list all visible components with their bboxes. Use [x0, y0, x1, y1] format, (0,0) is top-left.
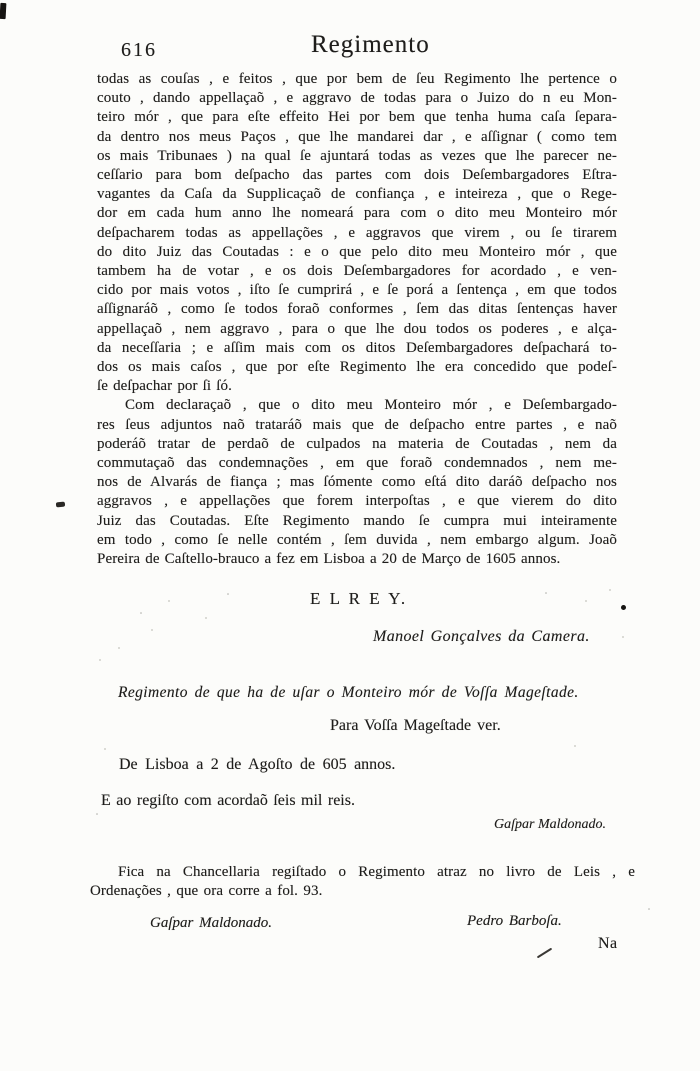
text-line: do dito Juiz das Coutadas : e o que pelo… — [97, 243, 617, 262]
text-line: da dentro nos meus Paços , que lhe manda… — [97, 128, 617, 147]
paper-speckle — [168, 600, 170, 602]
el-rey-heading: E L R E Y. — [310, 589, 408, 609]
ink-slash-mark — [537, 948, 552, 959]
ink-dash-left-margin — [56, 502, 65, 508]
text-line: dos os mais caſos , que por eſte Regimen… — [97, 358, 617, 377]
paper-speckle — [205, 617, 207, 619]
text-line: teiro mór , que para eſte effeito Hei po… — [97, 108, 617, 127]
text-line: nos de Alvarás de fiança ; mas ſómente c… — [97, 473, 617, 492]
page-number: 616 — [121, 39, 157, 62]
ink-dot — [621, 605, 626, 610]
paper-speckle — [545, 592, 547, 594]
running-title: Regimento — [311, 31, 430, 59]
text-line: Pereira de Caſtello-brauco a fez em Lisb… — [97, 550, 617, 569]
chancellaria-note: Fica na Chancellaria regiſtado o Regimen… — [90, 863, 635, 900]
text-line: vagantes da Caſa da Supplicaçaõ de confi… — [97, 185, 617, 204]
text-line: em todo , como ſe nelle contém , ſem duv… — [97, 531, 617, 550]
text-line: ſe deſpachar por ſi ſó. — [97, 377, 617, 396]
text-line: deſpacharem todas as appellações , e agg… — [97, 224, 617, 243]
signature-gaspar-maldonado-1: Gaſpar Maldonado. — [494, 817, 606, 833]
signature-manoel-goncalves-da-camera: Manoel Gonçalves da Camera. — [373, 628, 590, 646]
paper-speckle — [574, 745, 576, 747]
text-line: todas as couſas , e feitos , que por bem… — [97, 70, 617, 89]
text-line: res ſeus adjuntos naõ trataráõ mais que … — [97, 416, 617, 435]
paper-speckle — [622, 636, 624, 638]
text-line: cido por mais votos , iſto ſe cumprirá ,… — [97, 281, 617, 300]
paper-speckle — [609, 589, 611, 591]
text-line: os mais Tribunaes ) na qual ſe ajuntará … — [97, 147, 617, 166]
text-line: poderáõ tratar de perdaõ de culpados na … — [97, 435, 617, 454]
text-line: Com declaraçaõ , que o dito meu Monteiro… — [97, 396, 617, 415]
paper-speckle — [585, 600, 587, 602]
text-line: aſſignaráõ , como ſe todos foraõ conform… — [97, 300, 617, 319]
ink-smudge-top-left — [0, 3, 6, 19]
paper-speckle — [104, 748, 106, 750]
catchword: Na — [598, 935, 618, 953]
signature-pedro-barbosa: Pedro Barboſa. — [467, 913, 562, 930]
chancellaria-line: Fica na Chancellaria regiſtado o Regimen… — [90, 863, 635, 882]
text-line: Juiz das Coutadas. Eſte Regimento mando … — [97, 512, 617, 531]
registo-line: E ao regiſto com acordaõ ſeis mil reis. — [101, 792, 355, 810]
text-line: dor em cada hum anno lhe nomeará para co… — [97, 204, 617, 223]
paper-speckle — [118, 647, 120, 649]
paper-speckle — [227, 593, 229, 595]
main-text-block: todas as couſas , e feitos , que por bem… — [97, 70, 617, 569]
paper-speckle — [140, 612, 142, 614]
docket-title: Regimento de que ha de uſar o Monteiro m… — [118, 684, 579, 702]
text-line: commutaçaõ das condemnações , em que for… — [97, 454, 617, 473]
chancellaria-line: Ordenações , que ora corre a fol. 93. — [90, 882, 635, 901]
signature-gaspar-maldonado-2: Gaſpar Maldonado. — [150, 915, 272, 932]
text-line: ceſſario para bom deſpacho das partes co… — [97, 166, 617, 185]
paper-speckle — [648, 908, 650, 910]
text-line: appellaçaõ , nem aggravo , para o que lh… — [97, 320, 617, 339]
text-line: da neceſſaria ; e aſſim mais com os dito… — [97, 339, 617, 358]
paper-speckle — [151, 629, 153, 631]
text-line: aggravos , e appellações que forem inter… — [97, 492, 617, 511]
text-line: couto , dando appellaçaõ , e aggravo de … — [97, 89, 617, 108]
text-line: tambem ha de votar , e os dois Deſembarg… — [97, 262, 617, 281]
scanned-book-page: 616 Regimento todas as couſas , e feitos… — [0, 0, 700, 1071]
paper-speckle — [99, 659, 101, 661]
para-vossa-magestade-line: Para Voſſa Mageſtade ver. — [330, 717, 501, 735]
paper-speckle — [96, 813, 98, 815]
date-line-lisboa: De Lisboa a 2 de Agoſto de 605 annos. — [119, 756, 395, 774]
